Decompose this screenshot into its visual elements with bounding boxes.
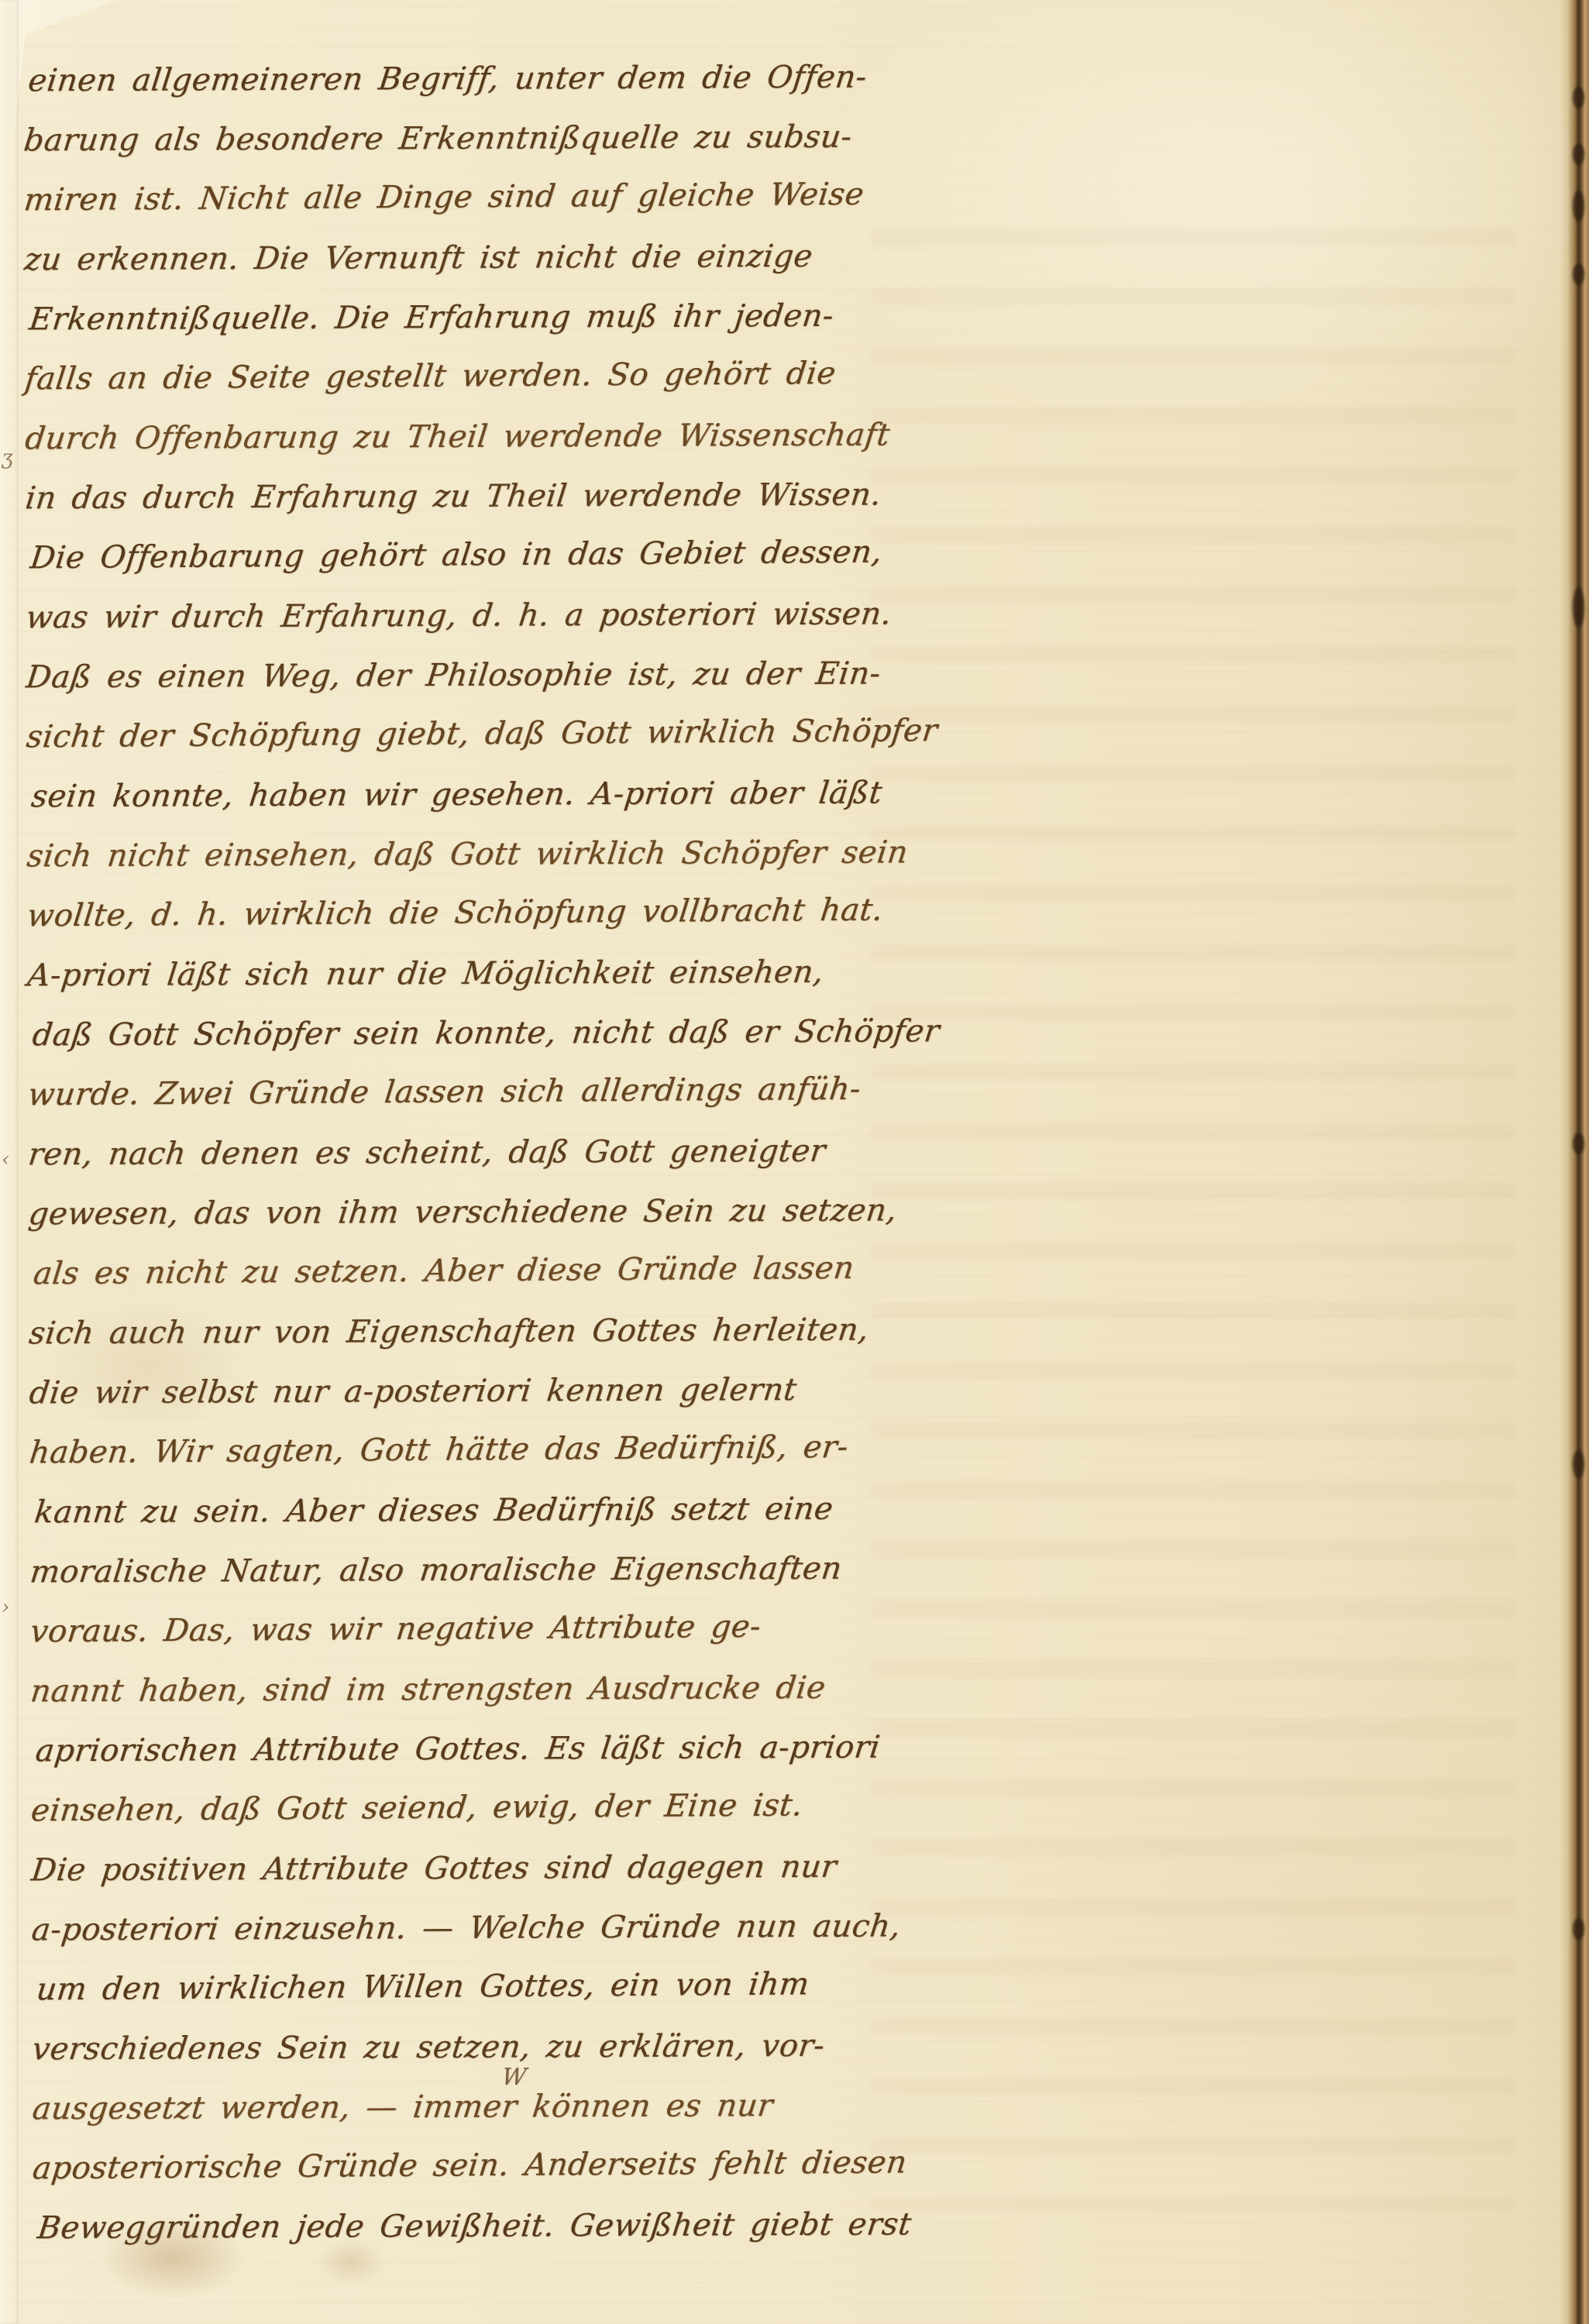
edge-ink-smudge (1573, 1450, 1584, 1478)
marginal-ink-mark: ‹ (2, 1148, 9, 1171)
manuscript-line: als es nicht zu setzen. Aber diese Gründ… (30, 1239, 865, 1305)
page-right-edge (1560, 0, 1589, 2324)
edge-ink-smudge (1573, 263, 1584, 285)
manuscript-line: sein konnte, haben wir gesehen. A-priori… (28, 764, 863, 827)
manuscript-text: einen allgemeineren Begriff, unter dem d… (20, 48, 862, 2259)
manuscript-line: kannt zu sein. Aber dieses Bedürfniß set… (31, 1480, 866, 1543)
manuscript-line: um den wirklichen Willen Gottes, ein von… (33, 1954, 868, 2020)
ink-stain (316, 2239, 386, 2285)
manuscript-line: zu erkennen. Die Vernunft ist nicht die … (21, 227, 861, 290)
edge-ink-smudge (1573, 587, 1584, 627)
manuscript-line: sich nicht einsehen, daß Gott wirklich S… (23, 823, 863, 887)
manuscript-line: verschiedenes Sein zu setzen, zu erkläre… (29, 2016, 868, 2080)
edge-ink-smudge (1573, 191, 1584, 222)
manuscript-line: einen allgemeineren Begriff, unter dem d… (25, 48, 860, 112)
interlinear-insertion: W (500, 2064, 528, 2091)
edge-ink-smudge (1573, 1918, 1584, 1940)
marginal-ink-mark: ʒ (2, 446, 13, 469)
manuscript-line: wurde. Zwei Gründe lassen sich allerding… (25, 1060, 865, 1126)
manuscript-line: A-priori läßt sich nur die Möglichkeit e… (24, 943, 864, 1006)
manuscript-line: apriorischen Attribute Gottes. Es läßt s… (33, 1718, 868, 1782)
manuscript-line: daß Gott Schöpfer sein konnte, nicht daß… (29, 1002, 865, 1066)
manuscript-page: einen allgemeineren Begriff, unter dem d… (0, 0, 1589, 2324)
edge-ink-smudge (1573, 143, 1584, 165)
manuscript-line: sicht der Schöpfung giebt, daß Gott wirk… (23, 702, 863, 768)
manuscript-line: falls an die Seite gestellt werden. So g… (22, 344, 862, 410)
paper-discoloration (46, 1301, 248, 1433)
manuscript-line: moralische Natur, also moralische Eigens… (27, 1539, 867, 1603)
verso-bleed-through (872, 198, 1515, 2212)
manuscript-line: was wir durch Erfahrung, d. h. a posteri… (22, 585, 862, 648)
manuscript-line: gewesen, das von ihm verschiedene Sein z… (26, 1181, 865, 1245)
manuscript-line: Die Offenbarung gehört also in das Gebie… (27, 523, 862, 589)
manuscript-line: durch Offenbarung zu Theil werdende Wiss… (22, 406, 862, 469)
manuscript-line: in das durch Erfahrung zu Theil werdende… (22, 466, 862, 529)
manuscript-line: a-posteriori einzusehn. — Welche Gründe … (29, 1897, 868, 1961)
manuscript-line: Die positiven Attribute Gottes sind dage… (28, 1838, 868, 1901)
manuscript-line: ren, nach denen es scheint, daß Gott gen… (25, 1122, 865, 1185)
manuscript-line: Erkenntnißquelle. Die Erfahrung muß ihr … (26, 287, 861, 350)
manuscript-line: wollte, d. h. wirklich die Schöpfung vol… (24, 881, 864, 947)
edge-ink-smudge (1573, 1133, 1584, 1154)
manuscript-line: miren ist. Nicht alle Dinge sind auf gle… (21, 165, 861, 231)
marginal-ink-mark: › (2, 1596, 9, 1619)
manuscript-line: Daß es einen Weg, der Philosophie ist, z… (22, 645, 862, 708)
manuscript-line: voraus. Das, was wir negative Attribute … (27, 1597, 867, 1662)
manuscript-line: ausgesetzt werden, — immer können es nur (29, 2076, 869, 2140)
manuscript-line: aposteriorische Gründe sein. Anderseits … (29, 2133, 869, 2199)
ink-stain (99, 2217, 246, 2298)
manuscript-line: barung als besondere Erkenntnißquelle zu… (20, 108, 860, 171)
manuscript-line: einsehen, daß Gott seiend, ewig, der Ein… (28, 1776, 868, 1841)
manuscript-line: nannt haben, sind im strengsten Ausdruck… (27, 1659, 867, 1722)
edge-ink-smudge (1573, 87, 1584, 108)
